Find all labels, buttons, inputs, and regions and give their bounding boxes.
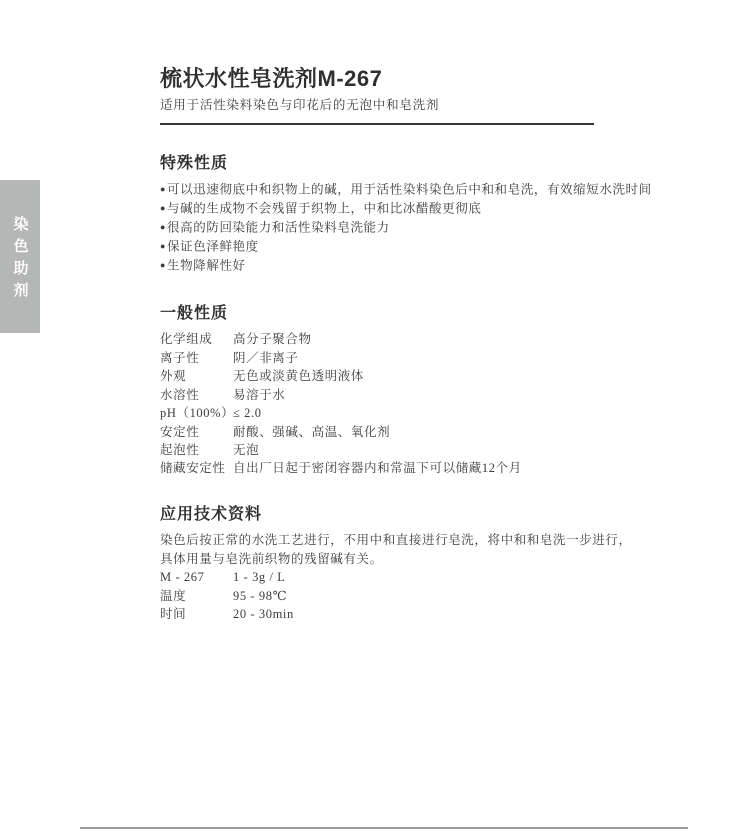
property-label: 储藏安定性 [160, 459, 233, 477]
bullet-item: ●可以迅速彻底中和织物上的碱，用于活性染料染色后中和和皂洗，有效缩短水洗时间 [160, 180, 640, 199]
property-label: 外观 [160, 367, 233, 385]
section-heading-application: 应用技术资料 [160, 505, 640, 524]
property-label: 起泡性 [160, 441, 233, 459]
properties-table: 化学组成高分子聚合物 离子性阴／非离子 外观无色或淡黄色透明液体 水溶性易溶于水… [160, 330, 640, 477]
bullet-item: ●与碱的生成物不会残留于织物上，中和比冰醋酸更彻底 [160, 199, 640, 218]
application-paragraph-line: 具体用量与皂洗前织物的残留碱有关。 [160, 550, 640, 569]
bullet-item: ●保证色泽鲜艳度 [160, 237, 640, 256]
sidebar-tab-label: 染色助剂 [10, 216, 31, 304]
property-row: 水溶性易溶于水 [160, 386, 640, 404]
property-row: 储藏安定性自出厂日起于密闭容器内和常温下可以储藏12个月 [160, 459, 640, 477]
bullet-icon: ● [160, 237, 166, 256]
property-row: 离子性阴／非离子 [160, 349, 640, 367]
footer-divider [80, 827, 688, 829]
bullet-icon: ● [160, 218, 166, 237]
bullet-text: 可以迅速彻底中和织物上的碱，用于活性染料染色后中和和皂洗，有效缩短水洗时间 [167, 182, 652, 196]
section-general-properties: 一般性质 化学组成高分子聚合物 离子性阴／非离子 外观无色或淡黄色透明液体 水溶… [160, 304, 640, 477]
dosage-value: 1 - 3g / L [233, 568, 640, 587]
section-application-data: 应用技术资料 染色后按正常的水洗工艺进行，不用中和直接进行皂洗，将中和和皂洗一步… [160, 505, 640, 624]
bullet-icon: ● [160, 180, 166, 199]
dosage-value: 20 - 30min [233, 605, 640, 624]
property-value: 无色或淡黄色透明液体 [233, 367, 640, 385]
property-label: 化学组成 [160, 330, 233, 348]
property-value: 高分子聚合物 [233, 330, 640, 348]
bullet-text: 与碱的生成物不会残留于织物上，中和比冰醋酸更彻底 [167, 201, 481, 215]
property-row: 外观无色或淡黄色透明液体 [160, 367, 640, 385]
application-paragraph-line: 染色后按正常的水洗工艺进行，不用中和直接进行皂洗，将中和和皂洗一步进行， [160, 531, 640, 550]
property-value: 阴／非离子 [233, 349, 640, 367]
page-subtitle: 适用于活性染料染色与印花后的无泡中和皂洗剂 [160, 97, 640, 113]
dosage-table: M - 2671 - 3g / L 温度95 - 98℃ 时间20 - 30mi… [160, 568, 640, 624]
dosage-label: 温度 [160, 587, 233, 606]
property-value: 耐酸、强碱、高温、氧化剂 [233, 423, 640, 441]
property-row: pH（100%）≤ 2.0 [160, 404, 640, 422]
dosage-row: 时间20 - 30min [160, 605, 640, 624]
title-divider [160, 123, 594, 125]
property-value: 自出厂日起于密闭容器内和常温下可以储藏12个月 [233, 459, 640, 477]
property-row: 安定性耐酸、强碱、高温、氧化剂 [160, 423, 640, 441]
property-row: 化学组成高分子聚合物 [160, 330, 640, 348]
dosage-value: 95 - 98℃ [233, 587, 640, 606]
property-value: 无泡 [233, 441, 640, 459]
property-label: pH（100%） [160, 404, 233, 422]
bullet-list: ●可以迅速彻底中和织物上的碱，用于活性染料染色后中和和皂洗，有效缩短水洗时间 ●… [160, 180, 640, 275]
property-label: 安定性 [160, 423, 233, 441]
sidebar-tab-dyeing-auxiliary[interactable]: 染色助剂 [0, 180, 40, 333]
bullet-item: ●生物降解性好 [160, 256, 640, 275]
section-heading-general: 一般性质 [160, 304, 640, 323]
dosage-row: 温度95 - 98℃ [160, 587, 640, 606]
page-title: 梳状水性皂洗剂M-267 [160, 66, 640, 92]
dosage-row: M - 2671 - 3g / L [160, 568, 640, 587]
document-content: 梳状水性皂洗剂M-267 适用于活性染料染色与印花后的无泡中和皂洗剂 特殊性质 … [160, 0, 640, 624]
bullet-text: 保证色泽鲜艳度 [167, 240, 259, 254]
bullet-icon: ● [160, 199, 166, 218]
bullet-icon: ● [160, 256, 166, 275]
bullet-text: 生物降解性好 [167, 259, 246, 273]
property-value: ≤ 2.0 [233, 404, 640, 422]
bullet-item: ●很高的防回染能力和活性染料皂洗能力 [160, 218, 640, 237]
dosage-label: 时间 [160, 605, 233, 624]
section-special-properties: 特殊性质 ●可以迅速彻底中和织物上的碱，用于活性染料染色后中和和皂洗，有效缩短水… [160, 154, 640, 276]
property-label: 水溶性 [160, 386, 233, 404]
page-container: 染色助剂 梳状水性皂洗剂M-267 适用于活性染料染色与印花后的无泡中和皂洗剂 … [0, 0, 737, 832]
bullet-text: 很高的防回染能力和活性染料皂洗能力 [167, 221, 390, 235]
property-value: 易溶于水 [233, 386, 640, 404]
section-heading-special: 特殊性质 [160, 154, 640, 173]
property-label: 离子性 [160, 349, 233, 367]
dosage-label: M - 267 [160, 568, 233, 587]
property-row: 起泡性无泡 [160, 441, 640, 459]
